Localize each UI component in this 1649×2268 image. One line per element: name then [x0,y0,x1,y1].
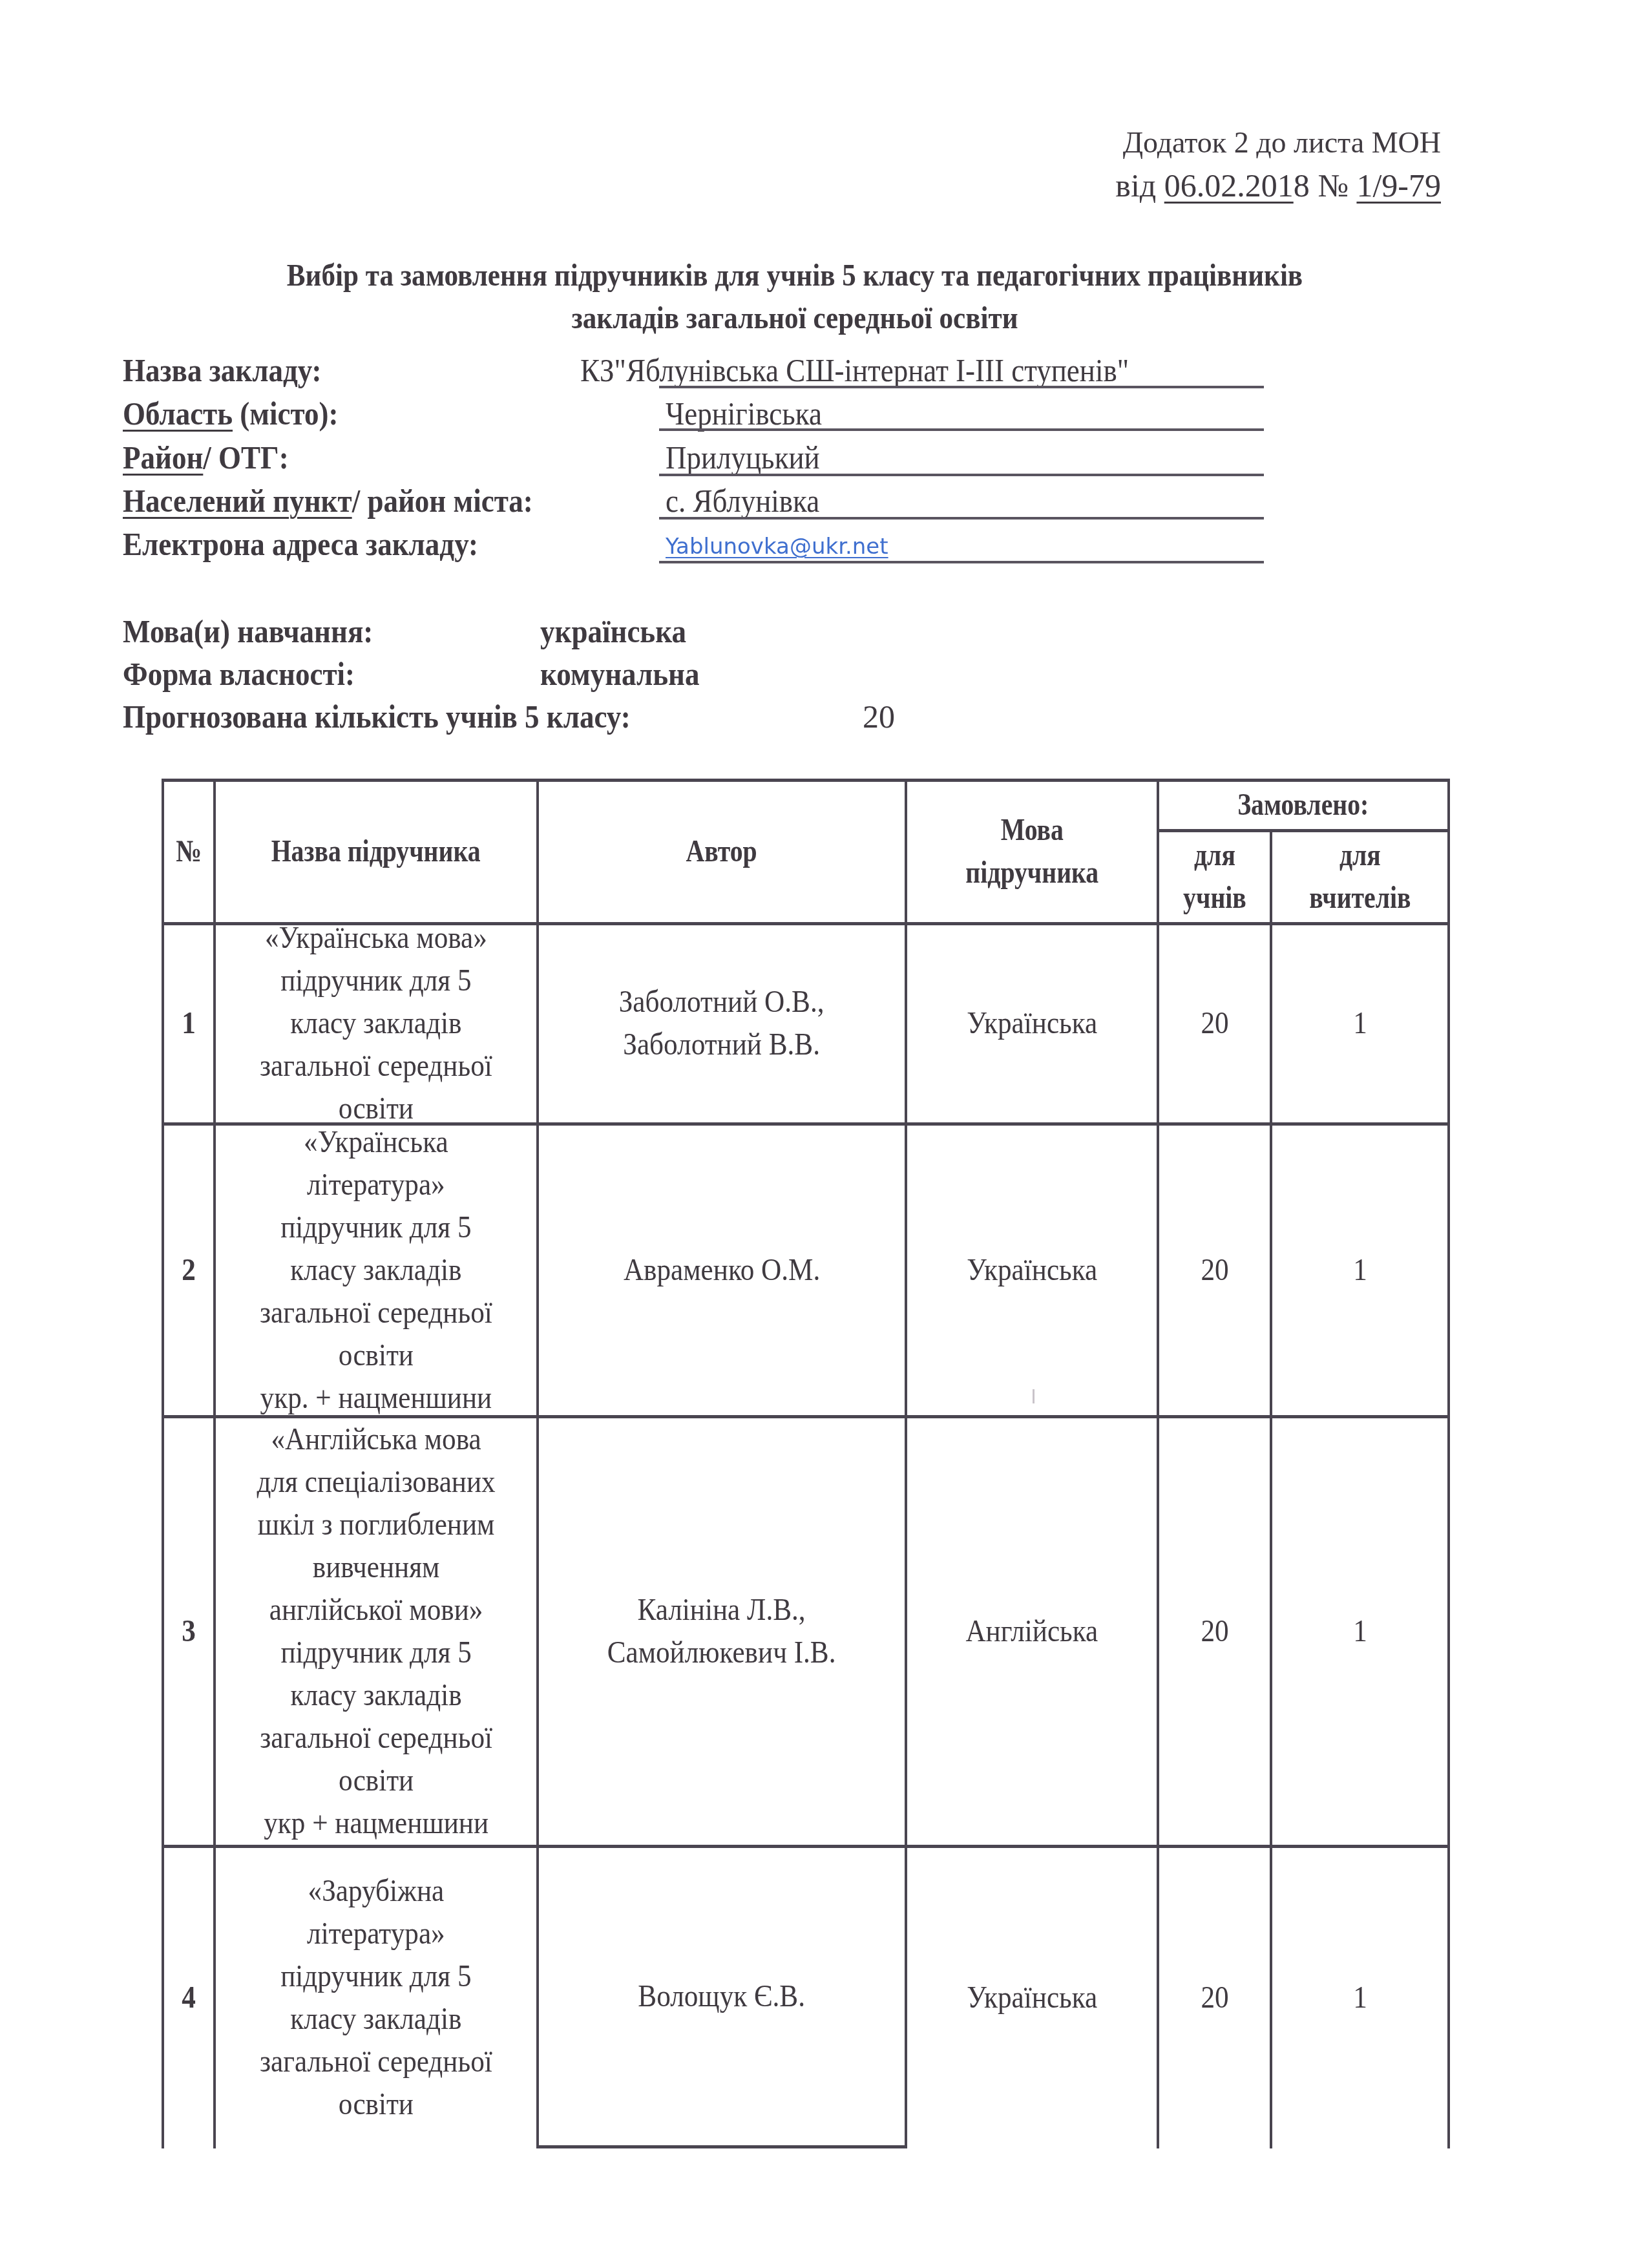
row-author-line: Заболотний О.В., [619,981,824,1024]
row-num: 4 [164,1847,213,2148]
row-title-line: шкіл з поглибленим [257,1504,495,1546]
row-title-line: література» [260,1913,492,1955]
institution-name-rule [659,386,1264,388]
row-title-line: освіти [260,2083,492,2126]
row-title: «Українська мова»підручник для 5класу за… [216,925,536,1122]
row-author: Волощук Є.В. [539,1847,905,2145]
row-title: «Зарубіжналітература»підручник для 5клас… [216,1847,536,2148]
header-title-text: Назва підручника [271,830,481,873]
settlement-label-rest: / район міста: [352,483,533,519]
row-title-line: класу закладів [257,1674,495,1717]
row-title-line: загальної середньої [260,2041,492,2083]
row-author-line: Самойлюкевич І.В. [607,1632,836,1674]
row-language-text: Англійська [966,1610,1098,1653]
annex-date: 06.02.201 [1164,167,1294,204]
header-for-students-line: учнів [1183,877,1246,919]
row-students-qty-text: 20 [1201,1249,1228,1292]
row-title-line: англійської мови» [257,1589,495,1632]
settlement-label-underlined: Населений пункт [123,483,352,519]
header-for-teachers: длявчителів [1279,832,1440,922]
row-teachers-qty-text: 1 [1353,1610,1367,1653]
row-title-line: підручник для 5 [260,1206,492,1249]
row-students-qty-line: 20 [1201,1249,1228,1292]
region-label-underlined: Область [123,395,233,432]
row-title-line: освіти [257,1759,495,1802]
header-title: Назва підручника [229,781,523,922]
row-students-qty-line: 20 [1201,1977,1228,2019]
page-title-line1: Вибір та замовлення підручників для учні… [198,254,1392,297]
row-author-line: Калініна Л.В., [607,1589,836,1632]
row-author-line: Авраменко О.М. [624,1249,820,1292]
row-students-qty-text: 20 [1201,1002,1228,1045]
header-num: № [166,781,211,922]
row-author: Авраменко О.М. [539,1125,905,1415]
row-teachers-qty: 1 [1272,1418,1447,1845]
header-language: Мовапідручника [917,781,1146,922]
header-for-students: дляучнів [1164,832,1265,922]
row-num: 3 [164,1418,213,1845]
header-ordered-line: Замовлено: [1237,784,1369,826]
row-num-text: 3 [182,1610,196,1653]
row-num-line: 4 [182,1977,196,2019]
row-language-line: Українська [967,1002,1097,1045]
row-teachers-qty-line: 1 [1353,1977,1367,2019]
row-title: «Українськалітература»підручник для 5кла… [216,1125,536,1415]
author-cell-bottom-border [536,2145,907,2148]
row-title-line: загальної середньої [257,1717,495,1759]
institution-name-label: Назва закладу: [123,354,322,386]
row-title-line: укр. + нацменшини [260,1377,492,1416]
row-title-line: підручник для 5 [260,1955,492,1998]
row-title-text: «Зарубіжналітература»підручник для 5клас… [260,1870,492,2126]
row-teachers-qty: 1 [1272,1847,1447,2148]
annex-prefix: від [1115,167,1164,204]
row-students-qty-line: 20 [1201,1610,1228,1653]
header-num-line: № [176,830,202,873]
row-title: «Англійська мовадля спеціалізованихшкіл … [216,1418,536,1845]
region-label: Область (місто): [123,397,338,430]
district-value: Прилуцький [666,441,820,474]
row-title-line: підручник для 5 [257,1632,495,1674]
row-title-line: загальної середньої [260,1292,492,1334]
header-title-line: Назва підручника [271,830,481,873]
region-value: Чернігівська [666,397,822,430]
header-for-students-text: дляучнів [1183,834,1246,919]
row-num-line: 3 [182,1610,196,1653]
district-label: Район/ ОТГ: [123,441,289,474]
row-language: Українська [907,925,1157,1122]
row-title-line: «Зарубіжна [260,1870,492,1913]
region-rule [659,428,1264,431]
annex-letter-ref: від 06.02.2018 № 1/9-79 [1115,169,1441,202]
row-author: Заболотний О.В.,Заболотний В.В. [539,925,905,1122]
row-title-line: класу закладів [260,1998,492,2041]
students-count-value: 20 [863,700,895,733]
header-author: Автор [554,781,890,922]
annex-number: 1/9-79 [1356,167,1441,204]
row-students-qty: 20 [1159,1125,1270,1415]
row-language: Українська [907,1125,1157,1415]
row-language-line: Українська [967,1249,1097,1292]
district-label-underlined: Район [123,439,203,476]
header-num-text: № [176,830,202,873]
language-label: Мова(и) навчання: [123,615,373,647]
row-language-line: Українська [967,1977,1097,2019]
row-students-qty-text: 20 [1201,1610,1228,1653]
row-title-line: підручник для 5 [260,960,492,1002]
row-title-text: «Українськалітература»підручник для 5кла… [260,1125,492,1415]
header-ordered: Замовлено: [1171,781,1436,829]
row-teachers-qty-line: 1 [1353,1249,1367,1292]
row-title-line: класу закладів [260,1249,492,1292]
ownership-value: комунальна [540,658,699,690]
header-language-line: Мова [965,809,1098,852]
institution-name-value: КЗ"Яблунівська СШ-інтернат І-ІІІ ступені… [580,354,1129,386]
row-teachers-qty-text: 1 [1353,1249,1367,1292]
row-teachers-qty-line: 1 [1353,1002,1367,1045]
row-title-line: «Англійська мова [257,1418,495,1461]
row-teachers-qty: 1 [1272,1125,1447,1415]
row-title-line: вивченням [257,1546,495,1589]
row-language-text: Українська [967,1249,1097,1292]
district-rule [659,474,1264,476]
row-title-line: «Українська [260,1125,492,1164]
row-students-qty: 20 [1159,1418,1270,1845]
annex-date-tail: 8 [1294,167,1310,204]
scan-mark [1033,1389,1035,1403]
settlement-value: с. Яблунівка [666,485,819,517]
language-value: українська [540,615,686,647]
header-author-line: Автор [686,830,757,873]
row-num: 1 [164,925,213,1122]
email-link[interactable]: Yablunovka@ukr.net [666,534,888,560]
ownership-label: Форма власності: [123,658,355,690]
row-students-qty: 20 [1159,925,1270,1122]
row-author-text: Авраменко О.М. [624,1249,820,1292]
page-title-line2: закладів загальної середньої освіти [198,297,1392,339]
row-teachers-qty-text: 1 [1353,1977,1367,2019]
row-students-qty: 20 [1159,1847,1270,2148]
row-title-text: «Українська мова»підручник для 5класу за… [260,925,492,1122]
row-language: Англійська [907,1418,1157,1845]
students-count-label: Прогнозована кількість учнів 5 класу: [123,700,631,733]
textbook-order-table: №Назва підручникаАвторМовапідручникаЗамо… [162,779,1449,2152]
row-teachers-qty-line: 1 [1353,1610,1367,1653]
row-title-line: для спеціалізованих [257,1461,495,1504]
row-author-text: Волощук Є.В. [638,1975,806,2018]
table-right-border [1447,779,1450,2148]
row-students-qty-text: 20 [1201,1977,1228,2019]
row-language: Українська [907,1847,1157,2148]
settlement-label: Населений пункт/ район міста: [123,485,533,517]
row-author-text: Калініна Л.В.,Самойлюкевич І.В. [607,1589,836,1674]
row-author: Калініна Л.В.,Самойлюкевич І.В. [539,1418,905,1845]
header-language-line: підручника [965,852,1098,894]
annex-number-sign: № [1310,167,1357,204]
row-title-line: література» [260,1164,492,1206]
email-rule [659,561,1264,563]
header-for-teachers-line: вчителів [1309,877,1411,919]
row-title-line: освіти [260,1087,492,1122]
row-students-qty-line: 20 [1201,1002,1228,1045]
row-num: 2 [164,1125,213,1415]
row-teachers-qty-text: 1 [1353,1002,1367,1045]
row-language-line: Англійська [966,1610,1098,1653]
annex-reference: Додаток 2 до листа МОН [1123,128,1441,158]
row-num-line: 1 [182,1002,196,1045]
region-label-rest: (місто): [233,395,338,432]
row-num-text: 1 [182,1002,196,1045]
header-ordered-text: Замовлено: [1237,784,1369,826]
row-author-text: Заболотний О.В.,Заболотний В.В. [619,981,824,1066]
row-language-text: Українська [967,1977,1097,2019]
row-title-line: освіти [260,1334,492,1377]
row-title-line: укр + нацменшини [257,1802,495,1845]
row-num-text: 4 [182,1977,196,2019]
row-title-line: «Українська мова» [260,925,492,960]
row-num-text: 2 [182,1249,196,1292]
header-language-text: Мовапідручника [965,809,1098,894]
header-author-text: Автор [686,830,757,873]
page-title: Вибір та замовлення підручників для учні… [198,254,1392,339]
header-for-teachers-text: длявчителів [1309,834,1411,919]
row-teachers-qty: 1 [1272,925,1447,1122]
header-for-teachers-line: для [1309,834,1411,877]
email-label: Електрона адреса закладу: [123,528,478,560]
row-num-line: 2 [182,1249,196,1292]
row-author-line: Волощук Є.В. [638,1975,806,2018]
row-title-text: «Англійська мовадля спеціалізованихшкіл … [257,1418,495,1845]
header-for-students-line: для [1183,834,1246,877]
district-label-rest: / ОТГ: [203,439,288,476]
row-title-line: класу закладів [260,1002,492,1045]
row-title-line: загальної середньої [260,1045,492,1087]
row-author-line: Заболотний В.В. [619,1024,824,1066]
settlement-rule [659,517,1264,520]
row-language-text: Українська [967,1002,1097,1045]
